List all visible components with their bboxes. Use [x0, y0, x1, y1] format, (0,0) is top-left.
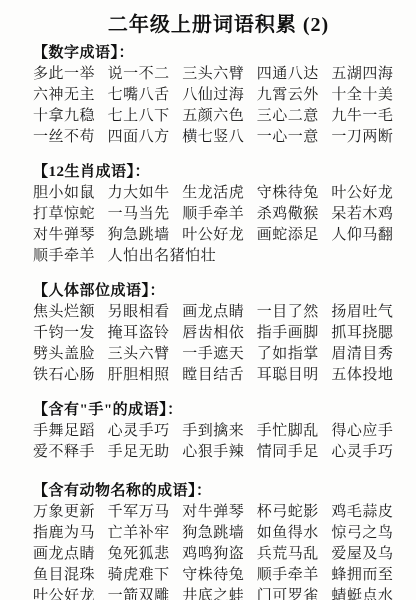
idiom: 蜻蜓点水: [331, 586, 404, 600]
idiom-rows: 手舞足蹈心灵手巧手到擒来手忙脚乱得心应手爱不释手手足无助心狠手辣情同手足心灵手巧: [33, 421, 404, 463]
idiom: 画蛇添足: [257, 225, 330, 246]
idiom: 五湖四海: [331, 64, 404, 85]
idiom: 一马当先: [108, 204, 181, 225]
idiom: 一丝不苟: [33, 127, 106, 148]
idiom: 画龙点睛: [182, 302, 255, 323]
idiom: 三头六臂: [108, 344, 181, 365]
idiom: 杯弓蛇影: [257, 502, 330, 523]
idiom: 叶公好龙: [182, 225, 255, 246]
idiom: 守株待兔: [257, 183, 330, 204]
idiom: 指手画脚: [257, 323, 330, 344]
idiom: 一心一意: [257, 127, 330, 148]
idiom: 手舞足蹈: [33, 421, 106, 442]
idiom: 三头六臂: [182, 64, 255, 85]
idiom: 叶公好龙: [331, 183, 404, 204]
idiom: 胆小如鼠: [33, 183, 106, 204]
idiom-row: 六神无主七嘴八舌八仙过海九霄云外十全十美: [33, 85, 404, 106]
idiom: 三心二意: [257, 106, 330, 127]
idiom: 指鹿为马: [33, 523, 106, 544]
section-header: 【12生肖成语】：: [33, 163, 404, 181]
idiom: 万象更新: [33, 502, 106, 523]
idiom-row: 胆小如鼠力大如牛生龙活虎守株待兔叶公好龙: [33, 183, 404, 204]
idiom: 唇齿相依: [182, 323, 255, 344]
idiom: 叶公好龙: [33, 586, 106, 600]
idiom: 瞠目结舌: [182, 365, 255, 386]
idiom: 眉清目秀: [331, 344, 404, 365]
idiom: 鱼目混珠: [33, 565, 106, 586]
section-number-idioms: 【数字成语】：多此一举说一不二三头六臂四通八达五湖四海六神无主七嘴八舌八仙过海九…: [33, 44, 404, 148]
idiom: 抓耳挠腮: [331, 323, 404, 344]
idiom-row: 打草惊蛇一马当先顺手牵羊杀鸡儆猴呆若木鸡: [33, 204, 404, 225]
sections: 【数字成语】：多此一举说一不二三头六臂四通八达五湖四海六神无主七嘴八舌八仙过海九…: [33, 44, 404, 600]
idiom: 杀鸡儆猴: [257, 204, 330, 225]
idiom-row: 劈头盖脸三头六臂一手遮天了如指掌眉清目秀: [33, 344, 404, 365]
idiom: 人仰马翻: [331, 225, 404, 246]
idiom: 门可罗雀: [257, 586, 330, 600]
idiom: 鸡鸣狗盗: [182, 544, 255, 565]
idiom: 骑虎难下: [108, 565, 181, 586]
idiom: 爱不释手: [33, 442, 106, 463]
idiom-row: 多此一举说一不二三头六臂四通八达五湖四海: [33, 64, 404, 85]
idiom: 呆若木鸡: [331, 204, 404, 225]
idiom: 九霄云外: [257, 85, 330, 106]
idiom: 兔死狐悲: [108, 544, 181, 565]
section-hand-idioms: 【含有"手"的成语】：手舞足蹈心灵手巧手到擒来手忙脚乱得心应手爱不释手手足无助心…: [33, 401, 404, 463]
idiom: 七嘴八舌: [108, 85, 181, 106]
idiom: 亡羊补牢: [108, 523, 181, 544]
idiom-row: 鱼目混珠骑虎难下守株待兔顺手牵羊蜂拥而至: [33, 565, 404, 586]
idiom-row: 对牛弹琴狗急跳墙叶公好龙画蛇添足人仰马翻: [33, 225, 404, 246]
idiom-row: 千钧一发掩耳盗铃唇齿相依指手画脚抓耳挠腮: [33, 323, 404, 344]
idiom-rows: 万象更新千军万马对牛弹琴杯弓蛇影鸡毛蒜皮指鹿为马亡羊补牢狗急跳墙如鱼得水惊弓之鸟…: [33, 502, 404, 600]
idiom-row: 手舞足蹈心灵手巧手到擒来手忙脚乱得心应手: [33, 421, 404, 442]
idiom-rows: 焦头烂额另眼相看画龙点睛一目了然扬眉吐气千钧一发掩耳盗铃唇齿相依指手画脚抓耳挠腮…: [33, 302, 404, 386]
idiom: 扬眉吐气: [331, 302, 404, 323]
idiom: 掩耳盗铃: [108, 323, 181, 344]
idiom: 四通八达: [257, 64, 330, 85]
idiom: 五颜六色: [182, 106, 255, 127]
idiom: 爱屋及乌: [331, 544, 404, 565]
idiom: 劈头盖脸: [33, 344, 106, 365]
idiom: 画龙点睛: [33, 544, 106, 565]
idiom: 说一不二: [108, 64, 181, 85]
idiom: 情同手足: [257, 442, 330, 463]
idiom: 十全十美: [331, 85, 404, 106]
idiom: 多此一举: [33, 64, 106, 85]
idiom-row: 焦头烂额另眼相看画龙点睛一目了然扬眉吐气: [33, 302, 404, 323]
idiom: 千钧一发: [33, 323, 106, 344]
idiom: 如鱼得水: [257, 523, 330, 544]
idiom: 一刀两断: [331, 127, 404, 148]
idiom: 一箭双雕: [108, 586, 181, 600]
idiom: 七上八下: [108, 106, 181, 127]
idiom: 井底之蛙: [182, 586, 255, 600]
idiom: 蜂拥而至: [331, 565, 404, 586]
section-body-part-idioms: 【人体部位成语】：焦头烂额另眼相看画龙点睛一目了然扬眉吐气千钧一发掩耳盗铃唇齿相…: [33, 282, 404, 386]
idiom-row: 铁石心肠肝胆相照瞠目结舌耳聪目明五体投地: [33, 365, 404, 386]
idiom: 顺手牵羊: [257, 565, 330, 586]
idiom-row: 万象更新千军万马对牛弹琴杯弓蛇影鸡毛蒜皮: [33, 502, 404, 523]
idiom: 八仙过海: [182, 85, 255, 106]
idiom: 心灵手巧: [331, 442, 404, 463]
idiom: 五体投地: [331, 365, 404, 386]
idiom: 力大如牛: [108, 183, 181, 204]
idiom: 得心应手: [331, 421, 404, 442]
idiom-row: 画龙点睛兔死狐悲鸡鸣狗盗兵荒马乱爱屋及乌: [33, 544, 404, 565]
section-header: 【含有动物名称的成语】：: [33, 482, 404, 500]
idiom: 人怕出名猪怕壮: [108, 246, 330, 267]
idiom: 守株待兔: [182, 565, 255, 586]
idiom: 狗急跳墙: [182, 523, 255, 544]
idiom: 四面八方: [108, 127, 181, 148]
idiom: 生龙活虎: [182, 183, 255, 204]
idiom: 顺手牵羊: [182, 204, 255, 225]
idiom-rows: 胆小如鼠力大如牛生龙活虎守株待兔叶公好龙打草惊蛇一马当先顺手牵羊杀鸡儆猴呆若木鸡…: [33, 183, 404, 267]
idiom-row: 爱不释手手足无助心狠手辣情同手足心灵手巧: [33, 442, 404, 463]
section-header: 【人体部位成语】：: [33, 282, 404, 300]
idiom: 一手遮天: [182, 344, 255, 365]
idiom: 肝胆相照: [108, 365, 181, 386]
idiom: 对牛弹琴: [182, 502, 255, 523]
idiom: 狗急跳墙: [108, 225, 181, 246]
idiom: 打草惊蛇: [33, 204, 106, 225]
idiom-row: 十拿九稳七上八下五颜六色三心二意九牛一毛: [33, 106, 404, 127]
idiom: 手到擒来: [182, 421, 255, 442]
idiom-row: 顺手牵羊人怕出名猪怕壮: [33, 246, 404, 267]
idiom: 手忙脚乱: [257, 421, 330, 442]
idiom-row: 一丝不苟四面八方横七竖八一心一意一刀两断: [33, 127, 404, 148]
section-animal-idioms: 【含有动物名称的成语】：万象更新千军万马对牛弹琴杯弓蛇影鸡毛蒜皮指鹿为马亡羊补牢…: [33, 482, 404, 600]
idiom: 耳聪目明: [257, 365, 330, 386]
idiom: 十拿九稳: [33, 106, 106, 127]
idiom: 对牛弹琴: [33, 225, 106, 246]
idiom: 六神无主: [33, 85, 106, 106]
page-title: 二年级上册词语积累 (2): [33, 10, 404, 40]
idiom: 顺手牵羊: [33, 246, 106, 267]
idiom-row: 叶公好龙一箭双雕井底之蛙门可罗雀蜻蜓点水: [33, 586, 404, 600]
idiom: 焦头烂额: [33, 302, 106, 323]
idiom: 千军万马: [108, 502, 181, 523]
section-header: 【含有"手"的成语】：: [33, 401, 404, 419]
document-page: 二年级上册词语积累 (2) 【数字成语】：多此一举说一不二三头六臂四通八达五湖四…: [0, 0, 416, 600]
idiom: 鸡毛蒜皮: [331, 502, 404, 523]
idiom: 了如指掌: [257, 344, 330, 365]
idiom: 横七竖八: [182, 127, 255, 148]
idiom: 铁石心肠: [33, 365, 106, 386]
section-header: 【数字成语】：: [33, 44, 404, 62]
idiom: 九牛一毛: [331, 106, 404, 127]
idiom: 心狠手辣: [182, 442, 255, 463]
idiom: 惊弓之鸟: [331, 523, 404, 544]
idiom: 兵荒马乱: [257, 544, 330, 565]
idiom: 手足无助: [108, 442, 181, 463]
idiom-rows: 多此一举说一不二三头六臂四通八达五湖四海六神无主七嘴八舌八仙过海九霄云外十全十美…: [33, 64, 404, 148]
section-zodiac-idioms: 【12生肖成语】：胆小如鼠力大如牛生龙活虎守株待兔叶公好龙打草惊蛇一马当先顺手牵…: [33, 163, 404, 267]
idiom-row: 指鹿为马亡羊补牢狗急跳墙如鱼得水惊弓之鸟: [33, 523, 404, 544]
idiom: 另眼相看: [108, 302, 181, 323]
idiom: 心灵手巧: [108, 421, 181, 442]
idiom: 一目了然: [257, 302, 330, 323]
